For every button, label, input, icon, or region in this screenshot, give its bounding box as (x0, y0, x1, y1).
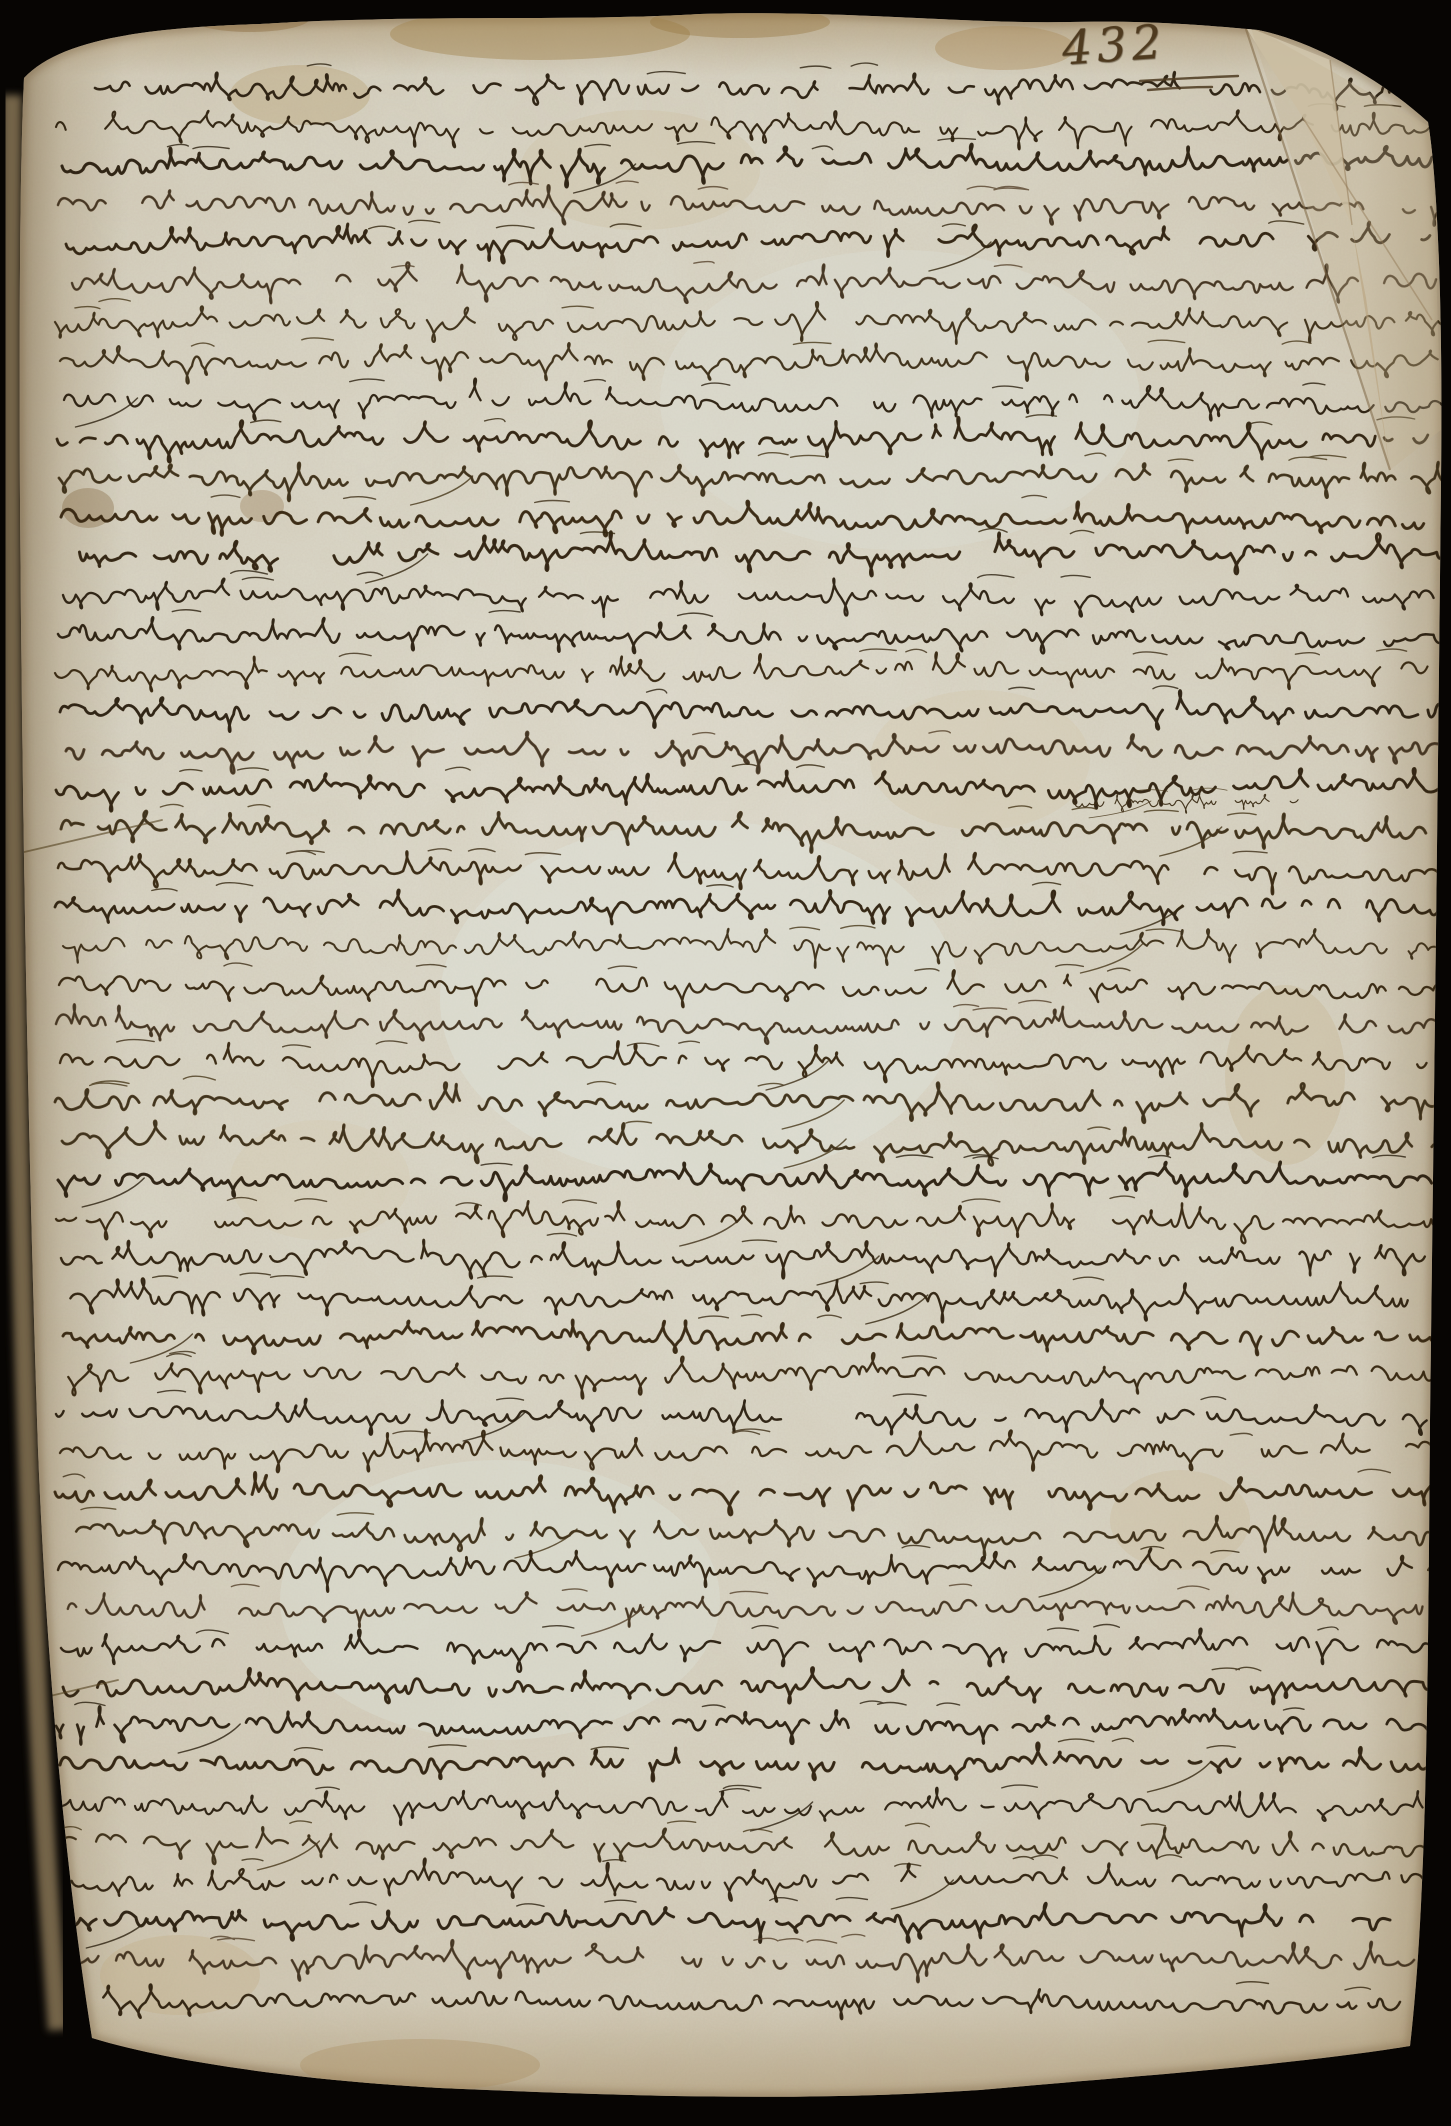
folio-number: 432 (1060, 14, 1168, 76)
manuscript-page (0, 0, 1451, 2126)
bottom-edge-shading (0, 2000, 1451, 2120)
scan-background: 432 (0, 0, 1451, 2126)
